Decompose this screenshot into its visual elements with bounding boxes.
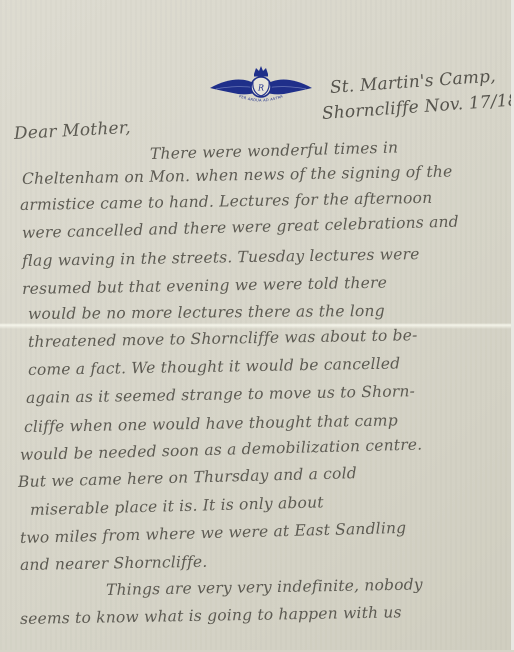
body-line-12: would be needed soon as a demobilization… — [20, 435, 423, 464]
body-line-9: come a fact. We thought it would be canc… — [28, 355, 401, 379]
body-line-13: But we came here on Thursday and a cold — [18, 464, 357, 491]
body-line-5: flag waving in the streets. Tuesday lect… — [22, 245, 420, 270]
salutation: Dear Mother, — [13, 118, 131, 144]
body-line-4: were cancelled and there were great cele… — [22, 213, 459, 242]
body-line-18: seems to know what is going to happen wi… — [20, 603, 402, 628]
body-line-7: would be no more lectures there as the l… — [28, 302, 385, 323]
letter-page: R PER ARDUA AD ASTRA St. Martin's Camp, … — [0, 0, 514, 650]
body-line-6: resumed but that evening we were told th… — [22, 274, 387, 298]
svg-text:R: R — [257, 84, 264, 93]
body-line-10: again as it seemed strange to move us to… — [26, 382, 415, 407]
body-line-14: miserable place it is. It is only about — [30, 493, 324, 519]
body-line-15: two miles from where we were at East San… — [20, 519, 407, 547]
body-line-3: armistice came to hand. Lectures for the… — [20, 189, 433, 214]
body-line-16: and nearer Shorncliffe. — [20, 553, 208, 574]
body-line-17: Things are very very indefinite, nobody — [106, 575, 423, 599]
body-line-2: Cheltenham on Mon. when news of the sign… — [22, 162, 453, 188]
raf-wings-crest-icon: R PER ARDUA AD ASTRA — [208, 64, 314, 106]
body-line-1: There were wonderful times in — [150, 139, 399, 163]
body-line-11: cliffe when one would have thought that … — [24, 411, 398, 436]
body-line-8: threatened move to Shorncliffe was about… — [28, 326, 418, 351]
